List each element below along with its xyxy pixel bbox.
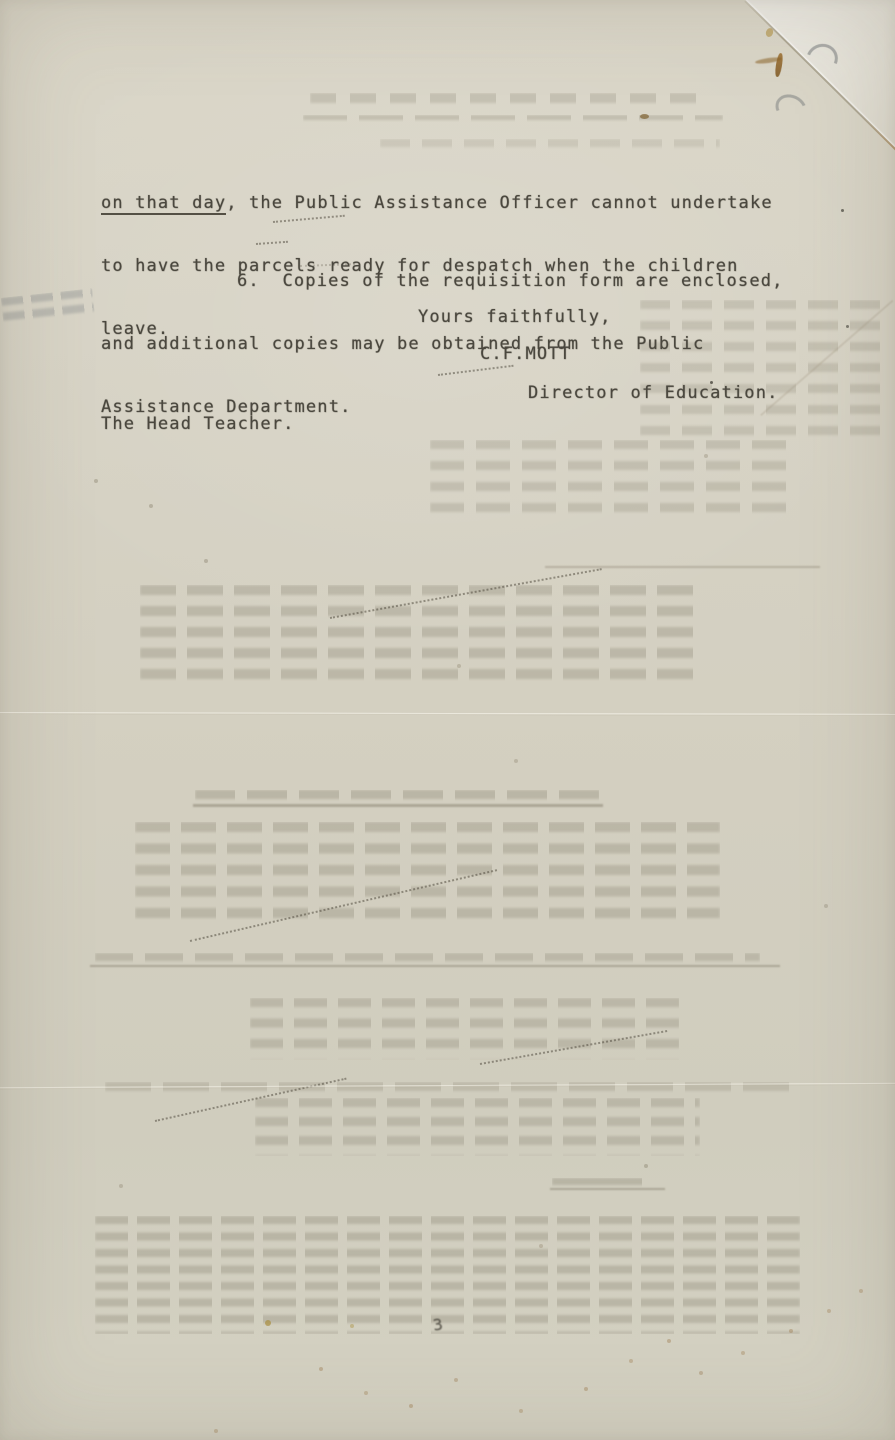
stain-rust [755, 56, 782, 65]
fold-crease-horizontal [0, 712, 895, 716]
stamp-smudge [1, 288, 96, 327]
bleedthrough-heading [310, 93, 710, 107]
scratch-mark [155, 1078, 347, 1122]
letter-line: on that day, the Public Assistance Offic… [101, 193, 773, 214]
addressee-line: The Head Teacher. [101, 414, 295, 435]
corner-fold-crease [744, 0, 895, 150]
ink-dot [846, 325, 849, 328]
fold-crease-horizontal [0, 1083, 895, 1089]
scratch-mark [330, 568, 602, 619]
ink-dot [841, 209, 844, 212]
page-number: 3 [431, 1313, 445, 1335]
stain-dot [265, 1320, 271, 1326]
bleedthrough-row [380, 139, 720, 150]
stain-fleck [640, 114, 649, 119]
bleedthrough-block [95, 1216, 800, 1334]
bleedthrough-heading [95, 953, 760, 963]
scanned-letter-page: on that day, the Public Assistance Offic… [0, 0, 895, 1440]
bleedthrough-block [255, 1098, 700, 1156]
stain-rust [774, 53, 784, 78]
letter-line-rest: , the Public Assistance Officer cannot u… [226, 193, 772, 213]
bleedthrough-block [135, 822, 720, 927]
letter-line: 6. Copies of the requisition form are en… [101, 271, 783, 292]
stain-gray-curl [801, 39, 842, 79]
scratch-mark [190, 869, 497, 942]
corner-fold [745, 0, 895, 149]
bleedthrough-heading-underline [303, 115, 723, 123]
bleedthrough-heading [195, 790, 600, 802]
stain-dot [350, 1324, 354, 1328]
bleedthrough-heading [552, 1178, 662, 1187]
bleedthrough-rule [550, 1188, 665, 1190]
bleedthrough-rule [193, 804, 603, 807]
stain-gray-curl [771, 89, 811, 126]
valediction: Yours faithfully, [418, 307, 612, 328]
bleedthrough-block [140, 585, 700, 685]
underlined-phrase: on that day [101, 193, 226, 213]
bleedthrough-row [105, 1082, 795, 1094]
bleedthrough-rule [545, 566, 820, 568]
signature: C.F.MOTT [480, 344, 571, 365]
scratch-mark [480, 1030, 667, 1065]
foxing-speckles [0, 0, 2, 2]
stain-fleck [765, 27, 775, 38]
bleedthrough-rule [90, 965, 780, 967]
bleedthrough-block [250, 998, 680, 1060]
signature-title: Director of Education. [528, 383, 778, 404]
letter-line: and additional copies may be obtained fr… [101, 334, 783, 355]
